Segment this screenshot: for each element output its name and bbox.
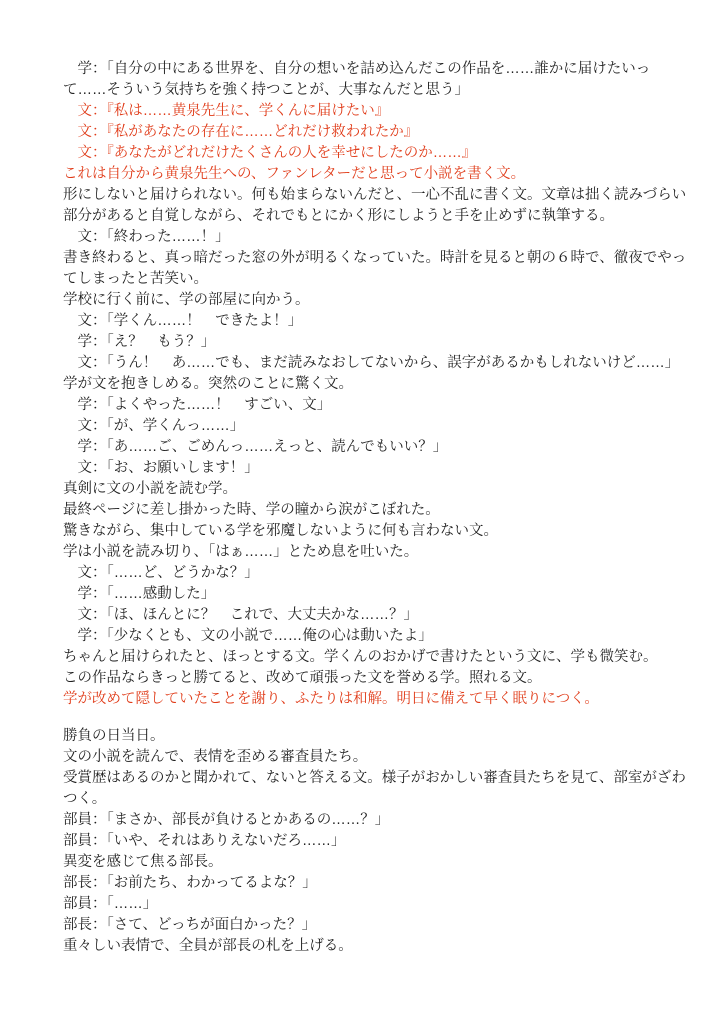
script-line: 部分があると自覚しながら、それでもとにかく形にしようと手を止めずに執筆する。 — [63, 206, 663, 227]
script-line: 驚きながら、集中している学を邪魔しないように何も言わない文。 — [63, 521, 663, 542]
script-line: 学：「自分の中にある世界を、自分の想いを詰め込んだこの作品を……誰かに届けたいっ — [63, 59, 663, 80]
script-line: 学：「……感動した」 — [63, 584, 663, 605]
script-text: 学：「自分の中にある世界を、自分の想いを詰め込んだこの作品を……誰かに届けたいっ… — [63, 59, 663, 957]
script-line: 部長：「さて、どっちが面白かった？」 — [63, 915, 663, 936]
script-line: 学：「よくやった……！ すごい、文」 — [63, 395, 663, 416]
script-line: 文の小説を読んで、表情を歪める審査員たち。 — [63, 747, 663, 768]
script-line: この作品ならきっと勝てると、改めて頑張った文を誉める学。照れる文。 — [63, 668, 663, 689]
script-line: 異変を感じて焦る部長。 — [63, 852, 663, 873]
script-line: 部員：「いや、それはありえないだろ……」 — [63, 831, 663, 852]
script-line: 部員：「まさか、部長が負けるとかあるの……？」 — [63, 810, 663, 831]
script-line: ちゃんと届けられたと、ほっとする文。学くんのおかげで書けたという文に、学も微笑む… — [63, 647, 663, 668]
script-line: 文：「お、お願いします！」 — [63, 458, 663, 479]
script-line: 文：「終わった……！」 — [63, 227, 663, 248]
script-line: 文：『あなたがどれだけたくさんの人を幸せにしたのか……』 — [63, 143, 663, 164]
script-line: 文：『私は……黄泉先生に、学くんに届けたい』 — [63, 101, 663, 122]
document-page: 学：「自分の中にある世界を、自分の想いを詰め込んだこの作品を……誰かに届けたいっ… — [0, 0, 724, 1024]
script-line: 学校に行く前に、学の部屋に向かう。 — [63, 290, 663, 311]
script-line: 真剣に文の小説を読む学。 — [63, 479, 663, 500]
script-line: 最終ページに差し掛かった時、学の瞳から涙がこぼれた。 — [63, 500, 663, 521]
script-line: 学：「あ……ご、ごめんっ……えっと、読んでもいい？」 — [63, 437, 663, 458]
script-line: 学：「え？ もう？」 — [63, 332, 663, 353]
script-line: 学は小説を読み切り、「はぁ……」とため息を吐いた。 — [63, 542, 663, 563]
script-line: これは自分から黄泉先生への、ファンレターだと思って小説を書く文。 — [63, 164, 663, 185]
script-line: 形にしないと届けられない。何も始まらないんだと、一心不乱に書く文。文章は拙く読み… — [63, 185, 663, 206]
script-line: 重々しい表情で、全員が部長の札を上げる。 — [63, 936, 663, 957]
script-line: 学が文を抱きしめる。突然のことに驚く文。 — [63, 374, 663, 395]
script-line: 学が改めて隠していたことを謝り、ふたりは和解。明日に備えて早く眠りにつく。 — [63, 689, 663, 710]
script-line: 勝負の日当日。 — [63, 726, 663, 747]
script-line: 部員：「……」 — [63, 894, 663, 915]
script-line: てしまったと苦笑い。 — [63, 269, 663, 290]
script-line: 部長：「お前たち、わかってるよな？」 — [63, 873, 663, 894]
script-line: 文：「学くん……！ できたよ！」 — [63, 311, 663, 332]
script-line: 文：『私があなたの存在に……どれだけ救われたか』 — [63, 122, 663, 143]
script-line: 文：「うん！ あ……でも、まだ読みなおしてないから、誤字があるかもしれないけど…… — [63, 353, 663, 374]
script-line: 受賞歴はあるのかと聞かれて、ないと答える文。様子がおかしい審査員たちを見て、部室… — [63, 768, 663, 789]
script-line: 学：「少なくとも、文の小説で……俺の心は動いたよ」 — [63, 626, 663, 647]
script-line: 書き終わると、真っ暗だった窓の外が明るくなっていた。時計を見ると朝の６時で、徹夜… — [63, 248, 663, 269]
script-line: 文：「……ど、どうかな？」 — [63, 563, 663, 584]
blank-line — [63, 710, 663, 726]
script-line: つく。 — [63, 789, 663, 810]
script-line: 文：「ほ、ほんとに？ これで、大丈夫かな……？」 — [63, 605, 663, 626]
script-line: 文：「が、学くんっ……」 — [63, 416, 663, 437]
script-line: て……そういう気持ちを強く持つことが、大事なんだと思う」 — [63, 80, 663, 101]
